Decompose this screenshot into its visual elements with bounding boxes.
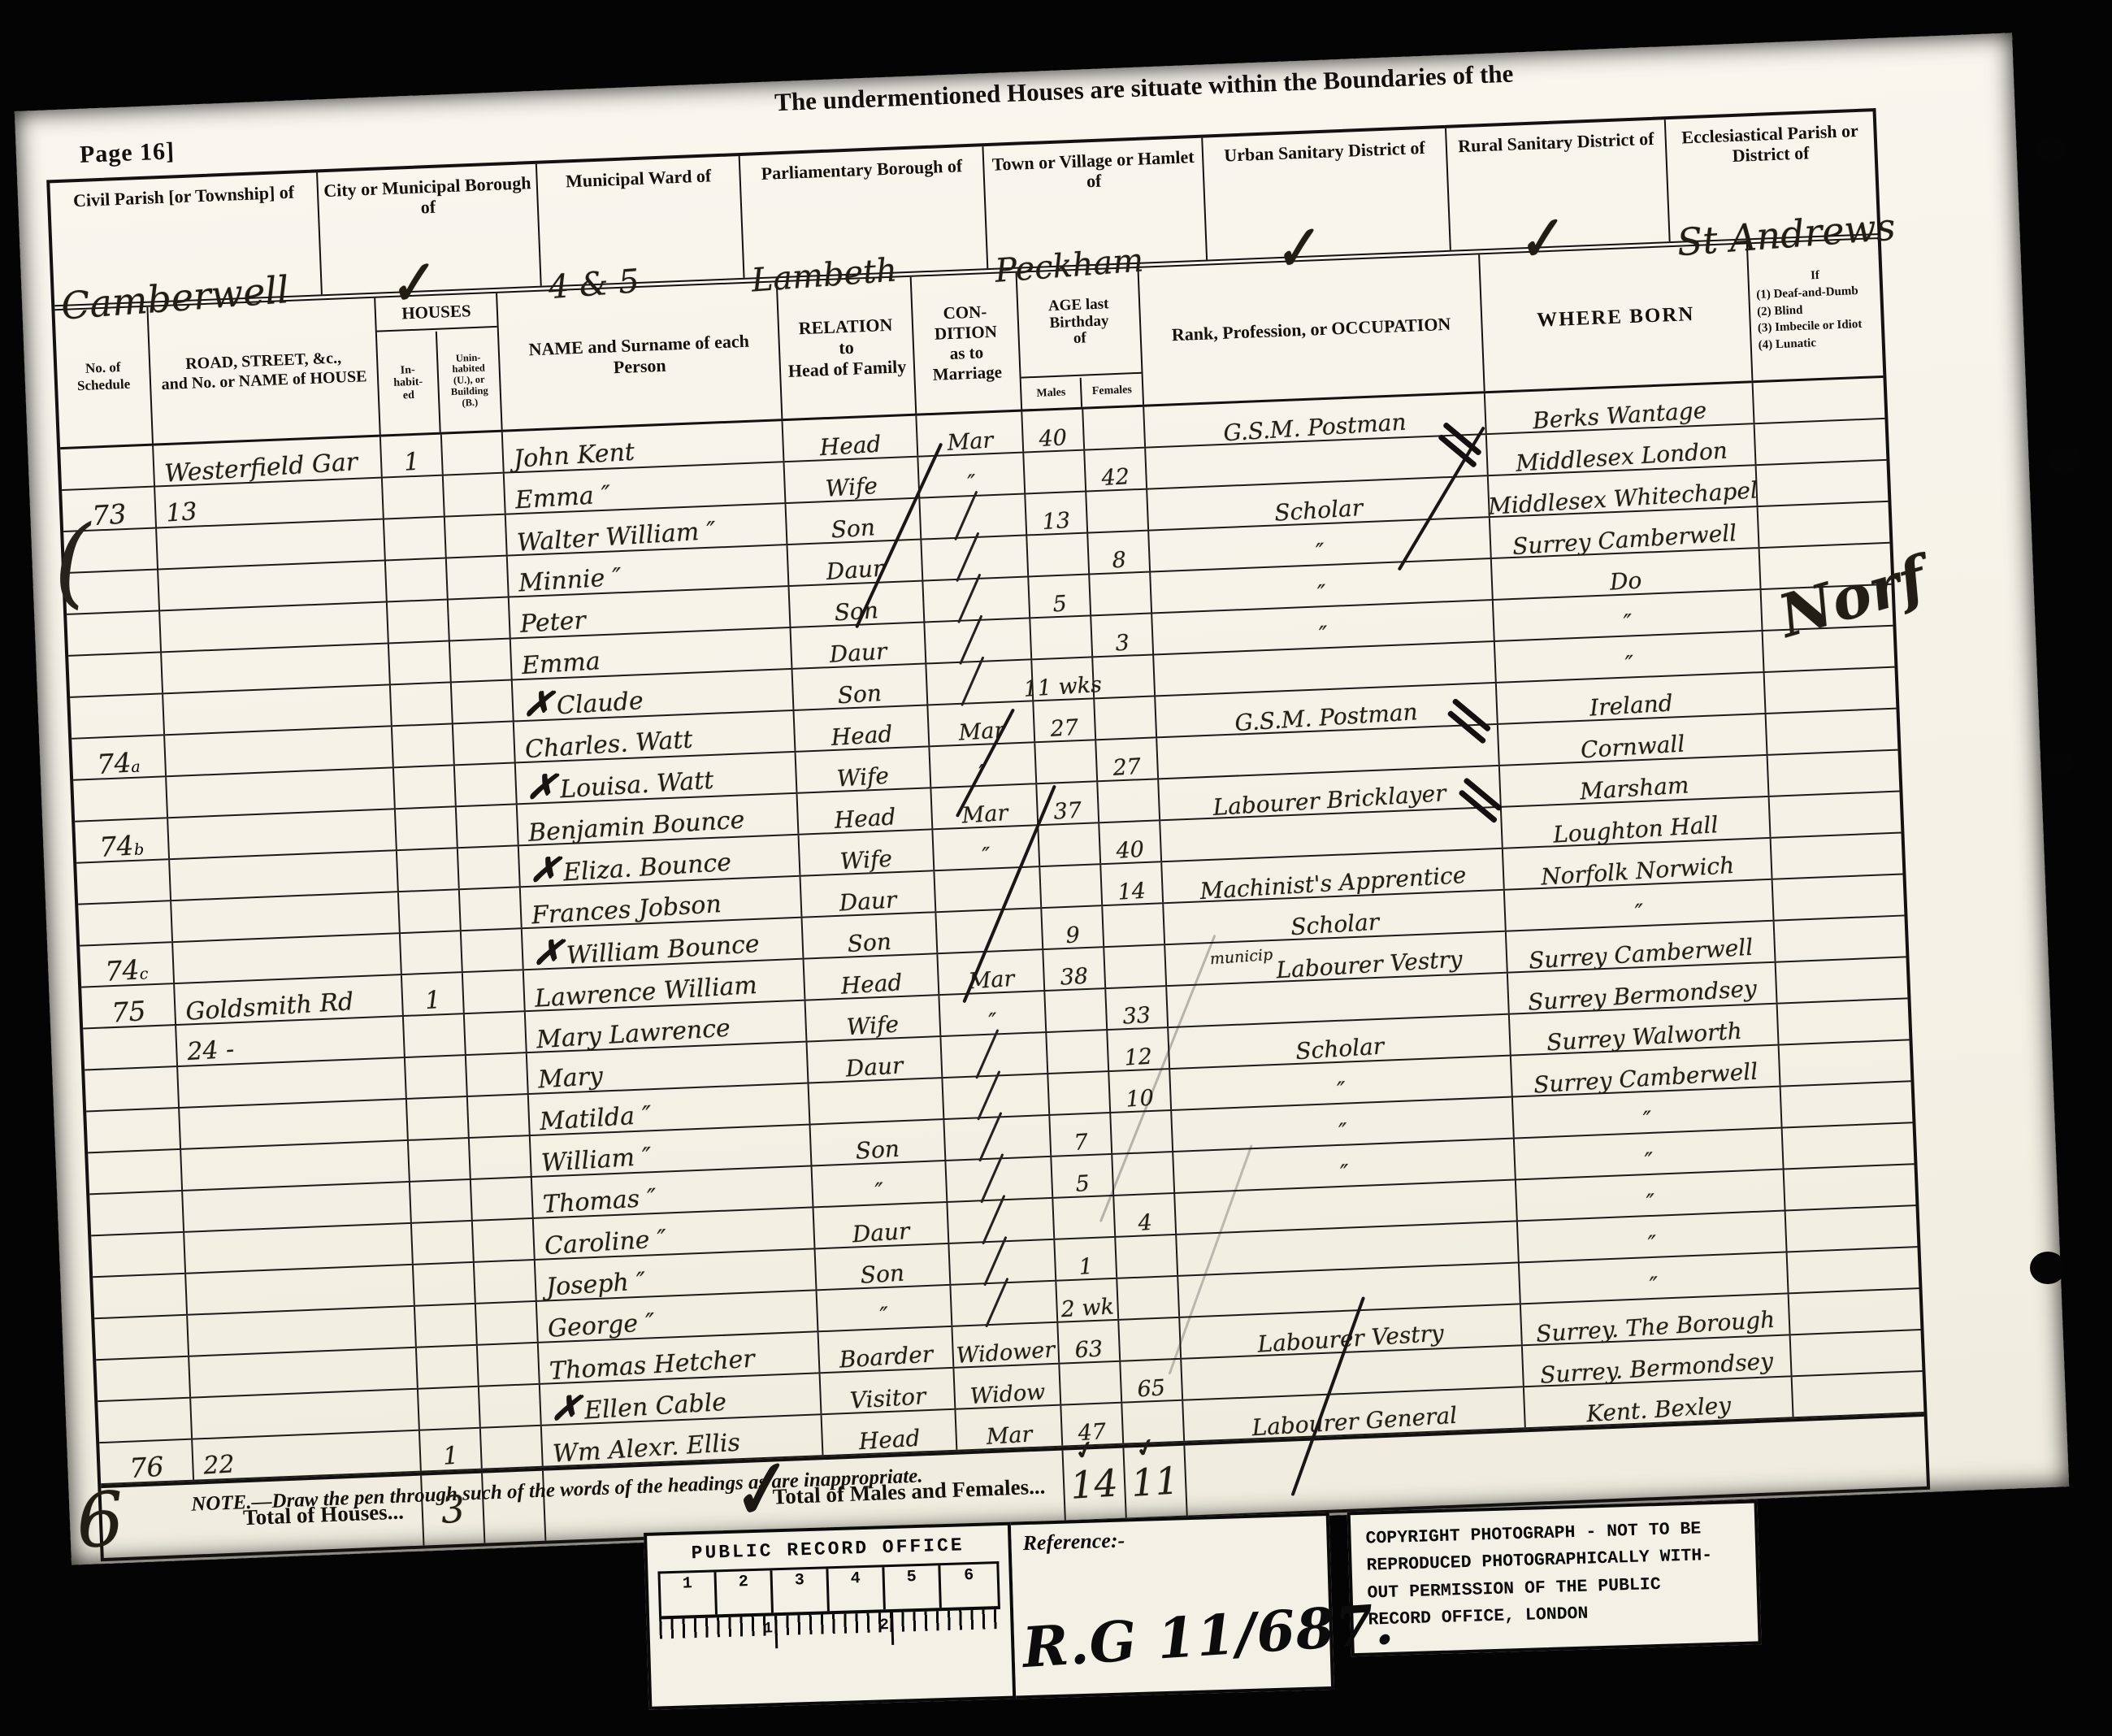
reference-label: Reference:- bbox=[1022, 1528, 1125, 1556]
cell-uninhab bbox=[447, 557, 510, 599]
cell-relation: Daur bbox=[801, 871, 937, 916]
cell-age_f bbox=[1117, 1277, 1180, 1319]
cell-uninhab bbox=[468, 1095, 531, 1137]
cell-infirm bbox=[1765, 668, 1893, 713]
header-field-label: Rural Sanitary District of bbox=[1446, 128, 1665, 157]
cross-mark-icon: ✗ bbox=[529, 855, 561, 886]
cell-condition bbox=[948, 1199, 1055, 1243]
cell-sched bbox=[86, 1109, 181, 1152]
cell-relation: Daur bbox=[808, 1037, 943, 1082]
schedule-superscript: b bbox=[134, 840, 145, 858]
cell-sched: 74b bbox=[75, 818, 170, 861]
cell-age_m: 13 bbox=[1026, 493, 1088, 535]
cell-uninhab bbox=[457, 805, 519, 847]
col-condition: CON- DITION as to Marriage bbox=[912, 273, 1022, 414]
cell-relation: Son bbox=[803, 913, 939, 957]
cell-road bbox=[167, 768, 396, 817]
cell-inhab bbox=[386, 559, 449, 601]
cell-road bbox=[158, 561, 388, 610]
schedule-brace-mark bbox=[51, 506, 93, 620]
cell-uninhab bbox=[450, 639, 513, 681]
cell-road bbox=[181, 1141, 410, 1190]
cell-condition bbox=[923, 577, 1030, 621]
cell-age_m bbox=[1039, 823, 1101, 866]
cell-condition bbox=[951, 1282, 1058, 1326]
cell-relation: Son bbox=[811, 1120, 947, 1165]
cell-relation: Boarder bbox=[819, 1327, 955, 1372]
cell-road bbox=[160, 602, 389, 651]
cell-infirm bbox=[1786, 1206, 1915, 1251]
cell-road bbox=[183, 1183, 412, 1231]
cell-uninhab bbox=[475, 1261, 537, 1303]
cell-inhab bbox=[401, 931, 463, 974]
cell-sched: 74c bbox=[80, 943, 175, 986]
cell-condition bbox=[922, 536, 1029, 579]
cell-age_m: 38 bbox=[1043, 948, 1106, 990]
cell-age_f: 10 bbox=[1109, 1070, 1172, 1112]
cell-age_f bbox=[1093, 655, 1156, 697]
cell-infirm bbox=[1778, 1000, 1906, 1044]
cell-age_f bbox=[1104, 945, 1167, 987]
cell-condition: ″ bbox=[930, 743, 1037, 787]
cell-sched bbox=[88, 1150, 183, 1193]
occupation-superscript: municip bbox=[1209, 948, 1273, 968]
col-where-born: WHERE BORN bbox=[1480, 244, 1753, 391]
pro-title: PUBLIC RECORD OFFICE bbox=[657, 1534, 999, 1565]
cell-inhab bbox=[418, 1387, 481, 1430]
col-age: AGE last Birthday of Males Females bbox=[1017, 268, 1144, 410]
cell-road bbox=[191, 1390, 420, 1439]
cell-condition: Mar bbox=[931, 784, 1039, 828]
col-occupation: Rank, Profession, or OCCUPATION bbox=[1138, 254, 1485, 404]
cell-age_m bbox=[1024, 451, 1086, 493]
cell-condition: Mar bbox=[938, 950, 1045, 994]
cell-inhab bbox=[412, 1222, 475, 1264]
header-field-label: City or Municipal Borough of bbox=[318, 172, 537, 222]
cell-age_m bbox=[1053, 1196, 1116, 1239]
cell-age_f: 3 bbox=[1091, 614, 1154, 656]
margin-scribble: 6 bbox=[74, 1482, 126, 1559]
cell-condition bbox=[936, 909, 1043, 953]
cell-age_f bbox=[1090, 573, 1152, 615]
cell-road bbox=[171, 892, 401, 941]
copyright-stamp: COPYRIGHT PHOTOGRAPH - NOT TO BE REPRODU… bbox=[1347, 1499, 1762, 1656]
cell-uninhab bbox=[471, 1178, 534, 1220]
cell-age_f: 65 bbox=[1121, 1360, 1183, 1402]
cell-age_m: 5 bbox=[1029, 575, 1091, 617]
header-field: Parliamentary Borough ofLambeth bbox=[740, 146, 989, 278]
cell-condition: Mar bbox=[956, 1406, 1063, 1450]
schedule-superscript: c bbox=[139, 965, 149, 983]
cell-inhab bbox=[394, 766, 457, 808]
cell-inhab bbox=[389, 641, 452, 684]
cell-road bbox=[178, 1058, 407, 1107]
cell-relation: Head bbox=[804, 954, 940, 999]
cell-condition bbox=[943, 1074, 1050, 1118]
cell-inhab: 1 bbox=[420, 1429, 483, 1471]
cell-age_m: 40 bbox=[1022, 410, 1085, 452]
cell-inhab bbox=[409, 1139, 471, 1181]
cell-inhab bbox=[415, 1304, 478, 1347]
cell-uninhab bbox=[470, 1136, 532, 1178]
cell-sched bbox=[85, 1067, 180, 1110]
header-field: Urban Sanitary District of✓ bbox=[1203, 128, 1451, 260]
cell-road: Goldsmith Rd bbox=[175, 975, 404, 1024]
cell-uninhab bbox=[453, 722, 516, 764]
cell-condition: ″ bbox=[939, 992, 1047, 1035]
cell-relation: Wife bbox=[806, 996, 942, 1040]
cell-inhab bbox=[407, 1097, 470, 1139]
cell-inhab: 1 bbox=[402, 973, 465, 1015]
col-infirmity: If (1) Deaf-and-Dumb (2) Blind (3) Imbec… bbox=[1748, 239, 1880, 380]
cell-condition bbox=[944, 1116, 1052, 1160]
cell-age_f bbox=[1112, 1152, 1175, 1195]
cell-relation: Son bbox=[816, 1244, 952, 1289]
cell-sched bbox=[60, 446, 155, 489]
cell-age_m: 9 bbox=[1042, 906, 1104, 948]
cell-age_m bbox=[1047, 1031, 1109, 1073]
cell-infirm bbox=[1783, 1123, 1911, 1168]
cell-sched bbox=[98, 1399, 193, 1442]
cell-infirm bbox=[1788, 1248, 1916, 1292]
cell-condition bbox=[949, 1240, 1056, 1284]
page-number: Page 16] bbox=[79, 137, 175, 169]
col-schedule: No. of Schedule bbox=[54, 307, 154, 447]
cell-sched bbox=[70, 694, 165, 737]
cell-road bbox=[186, 1265, 415, 1314]
cell-infirm bbox=[1767, 710, 1895, 754]
cell-age_m: 5 bbox=[1052, 1155, 1114, 1197]
cell-condition bbox=[946, 1157, 1053, 1201]
cell-uninhab bbox=[458, 846, 521, 888]
cell-age_m: 63 bbox=[1058, 1321, 1121, 1363]
cell-relation: Wife bbox=[796, 747, 932, 792]
cell-relation: ″ bbox=[813, 1161, 948, 1206]
cell-age_m: 11 wks bbox=[1032, 658, 1095, 700]
stamp-strip: PUBLIC RECORD OFFICE 1 2 3 4 5 6 1 2 Ref… bbox=[644, 1499, 1787, 1727]
cell-age_f bbox=[1103, 904, 1165, 946]
cell-relation: Head bbox=[795, 705, 930, 750]
header-field: Rural Sanitary District of✓ bbox=[1446, 119, 1671, 250]
cell-inhab bbox=[414, 1263, 476, 1305]
header-field: Ecclesiastical Parish or District ofSt A… bbox=[1666, 111, 1878, 241]
cell-age_m: 7 bbox=[1050, 1113, 1112, 1156]
cell-inhab bbox=[396, 807, 458, 849]
census-scan: { "page": { "label": "Page 16]" }, "boun… bbox=[0, 0, 2112, 1736]
punch-hole bbox=[2043, 749, 2074, 775]
punch-hole bbox=[2030, 1252, 2066, 1284]
header-field-label: Parliamentary Borough of bbox=[740, 154, 983, 184]
header-field-label: Town or Village or Hamlet of bbox=[984, 146, 1203, 196]
cross-mark-icon: ✗ bbox=[526, 772, 557, 803]
cell-relation: ″ bbox=[817, 1286, 953, 1330]
cell-uninhab bbox=[442, 432, 505, 475]
cell-sched bbox=[78, 901, 173, 944]
cell-relation: Wife bbox=[800, 830, 935, 875]
cell-road bbox=[162, 644, 391, 692]
public-record-office-stamp: PUBLIC RECORD OFFICE 1 2 3 4 5 6 1 2 bbox=[644, 1522, 1016, 1710]
cell-age_f bbox=[1111, 1111, 1173, 1153]
cell-infirm bbox=[1775, 917, 1903, 961]
cell-infirm bbox=[1755, 419, 1884, 464]
cell-relation: Son bbox=[790, 582, 926, 627]
cell-uninhab bbox=[455, 763, 518, 805]
cross-mark-icon: ✗ bbox=[550, 1393, 582, 1424]
cell-uninhab bbox=[478, 1343, 540, 1386]
cell-relation: Head bbox=[822, 1410, 958, 1455]
col-females: Females bbox=[1082, 375, 1143, 407]
col-name: NAME and Surname of each Person bbox=[497, 282, 783, 429]
cell-sched: 75 bbox=[81, 984, 176, 1027]
cell-sched bbox=[68, 653, 163, 696]
cell-condition bbox=[926, 660, 1034, 704]
cell-sched bbox=[76, 860, 171, 903]
cell-age_m: 1 bbox=[1055, 1238, 1117, 1280]
cell-uninhab bbox=[479, 1385, 542, 1427]
cell-age_m bbox=[1048, 1072, 1111, 1114]
cell-relation bbox=[809, 1078, 945, 1123]
cell-age_m bbox=[1035, 740, 1098, 783]
cell-relation: Wife bbox=[785, 458, 921, 502]
cell-age_f: 27 bbox=[1096, 738, 1159, 780]
cell-age_m bbox=[1027, 534, 1090, 576]
cell-inhab bbox=[405, 1056, 468, 1098]
cell-relation: Son bbox=[787, 499, 922, 544]
cell-uninhab bbox=[465, 1012, 527, 1054]
cell-inhab bbox=[410, 1180, 473, 1222]
cell-road bbox=[168, 809, 397, 858]
cell-age_m bbox=[1045, 989, 1108, 1031]
cell-age_f bbox=[1116, 1235, 1178, 1278]
col-houses: HOUSES In- habit- ed Unin- habited (U.),… bbox=[375, 293, 502, 435]
cell-uninhab bbox=[473, 1219, 536, 1261]
cell-road bbox=[157, 520, 386, 569]
cell-uninhab bbox=[445, 515, 508, 558]
cell-relation: Head bbox=[798, 788, 934, 833]
cell-road: 22 bbox=[193, 1431, 422, 1480]
punch-hole bbox=[2036, 137, 2066, 163]
census-page: Page 16] The undermentioned Houses are s… bbox=[15, 33, 2069, 1565]
ruler-ticks: 1 2 bbox=[659, 1606, 1001, 1661]
reference-number: R.G 11/687. bbox=[1021, 1592, 1396, 1681]
cell-age_f bbox=[1119, 1318, 1182, 1361]
cell-inhab bbox=[404, 1014, 466, 1057]
cell-age_m bbox=[1060, 1362, 1122, 1404]
cell-sched bbox=[96, 1357, 191, 1400]
cell-inhab bbox=[399, 890, 462, 932]
cell-sched bbox=[94, 1316, 189, 1359]
cell-condition bbox=[925, 618, 1032, 662]
cell-condition: Widow bbox=[954, 1365, 1061, 1408]
cell-age_f: 8 bbox=[1088, 532, 1151, 574]
cell-infirm bbox=[1793, 1372, 1921, 1417]
cell-age_m bbox=[1040, 865, 1103, 907]
cell-inhab bbox=[417, 1346, 479, 1388]
cell-road bbox=[189, 1348, 418, 1397]
col-males: Males bbox=[1021, 378, 1082, 410]
cross-mark-icon: ✗ bbox=[532, 938, 564, 969]
cell-age_f: 40 bbox=[1099, 821, 1162, 863]
total-males-value: ✓ 14 bbox=[1063, 1448, 1126, 1521]
cell-uninhab bbox=[449, 598, 511, 640]
cell-infirm bbox=[1781, 1082, 1910, 1126]
cell-road bbox=[165, 727, 394, 775]
cell-age_f: 42 bbox=[1085, 449, 1147, 491]
cell-road bbox=[173, 934, 402, 983]
cell-age_f: 4 bbox=[1114, 1194, 1177, 1236]
cell-sched bbox=[91, 1233, 186, 1276]
cell-inhab bbox=[384, 518, 447, 560]
cell-uninhab bbox=[462, 929, 524, 971]
cell-infirm bbox=[1780, 1040, 1908, 1085]
cell-age_f bbox=[1095, 697, 1157, 739]
header-field-label: Civil Parish [or Township] of bbox=[50, 180, 318, 211]
col-road: ROAD, STREET, &c., and No. or NAME of HO… bbox=[148, 298, 380, 444]
cell-sched bbox=[89, 1191, 184, 1235]
cell-infirm bbox=[1757, 461, 1885, 506]
cell-inhab bbox=[397, 848, 460, 891]
cell-age_f bbox=[1083, 407, 1146, 449]
cell-sched bbox=[73, 777, 168, 820]
cell-age_f: 12 bbox=[1108, 1028, 1170, 1070]
cell-road bbox=[170, 851, 399, 900]
cell-road bbox=[163, 685, 392, 734]
cross-mark-icon: ✗ bbox=[523, 689, 554, 720]
cell-condition: ″ bbox=[933, 826, 1040, 870]
cell-condition: Mar bbox=[917, 412, 1024, 456]
cell-condition: ″ bbox=[918, 454, 1026, 497]
cell-condition bbox=[935, 867, 1042, 911]
cell-infirm bbox=[1772, 834, 1900, 879]
census-table: Civil Parish [or Township] ofCamberwellC… bbox=[46, 108, 1930, 1561]
cell-age_m: 27 bbox=[1034, 699, 1096, 741]
col-inhabited: In- habit- ed bbox=[377, 332, 441, 435]
total-females-value: ✓ 11 bbox=[1124, 1446, 1187, 1518]
cell-inhab bbox=[391, 683, 453, 725]
cell-infirm bbox=[1770, 792, 1898, 837]
cell-inhab: 1 bbox=[381, 435, 444, 477]
schedule-superscript: a bbox=[131, 758, 141, 776]
col-relation: RELATION to Head of Family bbox=[778, 277, 917, 419]
cell-uninhab bbox=[463, 970, 526, 1013]
cell-road bbox=[188, 1307, 417, 1356]
cell-sched bbox=[83, 1026, 178, 1069]
cell-sched: 74a bbox=[72, 736, 167, 779]
cell-road bbox=[184, 1224, 414, 1273]
cell-relation: Daur bbox=[814, 1203, 950, 1248]
cell-infirm bbox=[1785, 1165, 1913, 1209]
cell-age_f: 33 bbox=[1106, 987, 1169, 1029]
header-field: Civil Parish [or Township] ofCamberwell bbox=[50, 172, 323, 305]
cell-condition bbox=[920, 494, 1027, 538]
cell-infirm bbox=[1776, 958, 1905, 1003]
cell-age_f: 14 bbox=[1101, 862, 1164, 905]
cell-condition: Mar bbox=[928, 701, 1035, 745]
cell-relation: Son bbox=[793, 664, 929, 709]
cell-uninhab bbox=[476, 1302, 539, 1344]
cell-road bbox=[180, 1100, 409, 1148]
reference-box: Reference:- R.G 11/687. bbox=[1011, 1512, 1334, 1699]
header-field: City or Municipal Borough of✓ bbox=[318, 164, 542, 294]
boundaries-title: The undermentioned Houses are situate wi… bbox=[535, 50, 1754, 127]
cell-condition: Widower bbox=[952, 1323, 1060, 1367]
cell-inhab bbox=[392, 724, 455, 766]
cell-uninhab bbox=[466, 1053, 529, 1096]
header-field-label: Ecclesiastical Parish or District of bbox=[1666, 119, 1875, 169]
cell-infirm bbox=[1789, 1289, 1918, 1334]
cell-uninhab bbox=[460, 888, 523, 930]
cell-infirm bbox=[1791, 1330, 1919, 1375]
header-field-label: Municipal Ward of bbox=[537, 164, 739, 193]
cell-infirm bbox=[1754, 378, 1882, 423]
col-uninhabited: Unin- habited (U.), or Building (B.) bbox=[437, 329, 501, 432]
cell-infirm bbox=[1773, 875, 1902, 920]
cell-age_m: 2 wk bbox=[1056, 1279, 1119, 1322]
cell-condition bbox=[941, 1033, 1048, 1077]
cell-infirm bbox=[1768, 751, 1897, 796]
cell-uninhab bbox=[452, 680, 514, 723]
cell-age_m bbox=[1030, 616, 1093, 658]
cell-age_f bbox=[1086, 490, 1149, 532]
cell-age_f bbox=[1098, 779, 1160, 822]
cell-sched bbox=[93, 1274, 188, 1317]
cell-age_m: 37 bbox=[1037, 782, 1099, 824]
cell-relation: Head bbox=[783, 416, 919, 461]
cell-relation: Daur bbox=[788, 540, 924, 585]
cell-relation: Visitor bbox=[821, 1369, 956, 1413]
cell-uninhab bbox=[481, 1426, 544, 1469]
cell-infirm bbox=[1759, 502, 1887, 547]
cell-relation: Daur bbox=[791, 623, 927, 667]
cell-inhab bbox=[383, 476, 445, 519]
punch-hole bbox=[2048, 445, 2082, 475]
header-field-label: Urban Sanitary District of bbox=[1203, 137, 1446, 167]
cell-inhab bbox=[388, 600, 450, 642]
header-field: Town or Village or Hamlet ofPeckham bbox=[983, 138, 1208, 268]
header-field: Municipal Ward of4 & 5 bbox=[537, 156, 745, 286]
cell-uninhab bbox=[444, 474, 506, 516]
table-rows: Westerfield Gar1John KentHeadMar40G.S.M.… bbox=[60, 378, 1923, 1485]
